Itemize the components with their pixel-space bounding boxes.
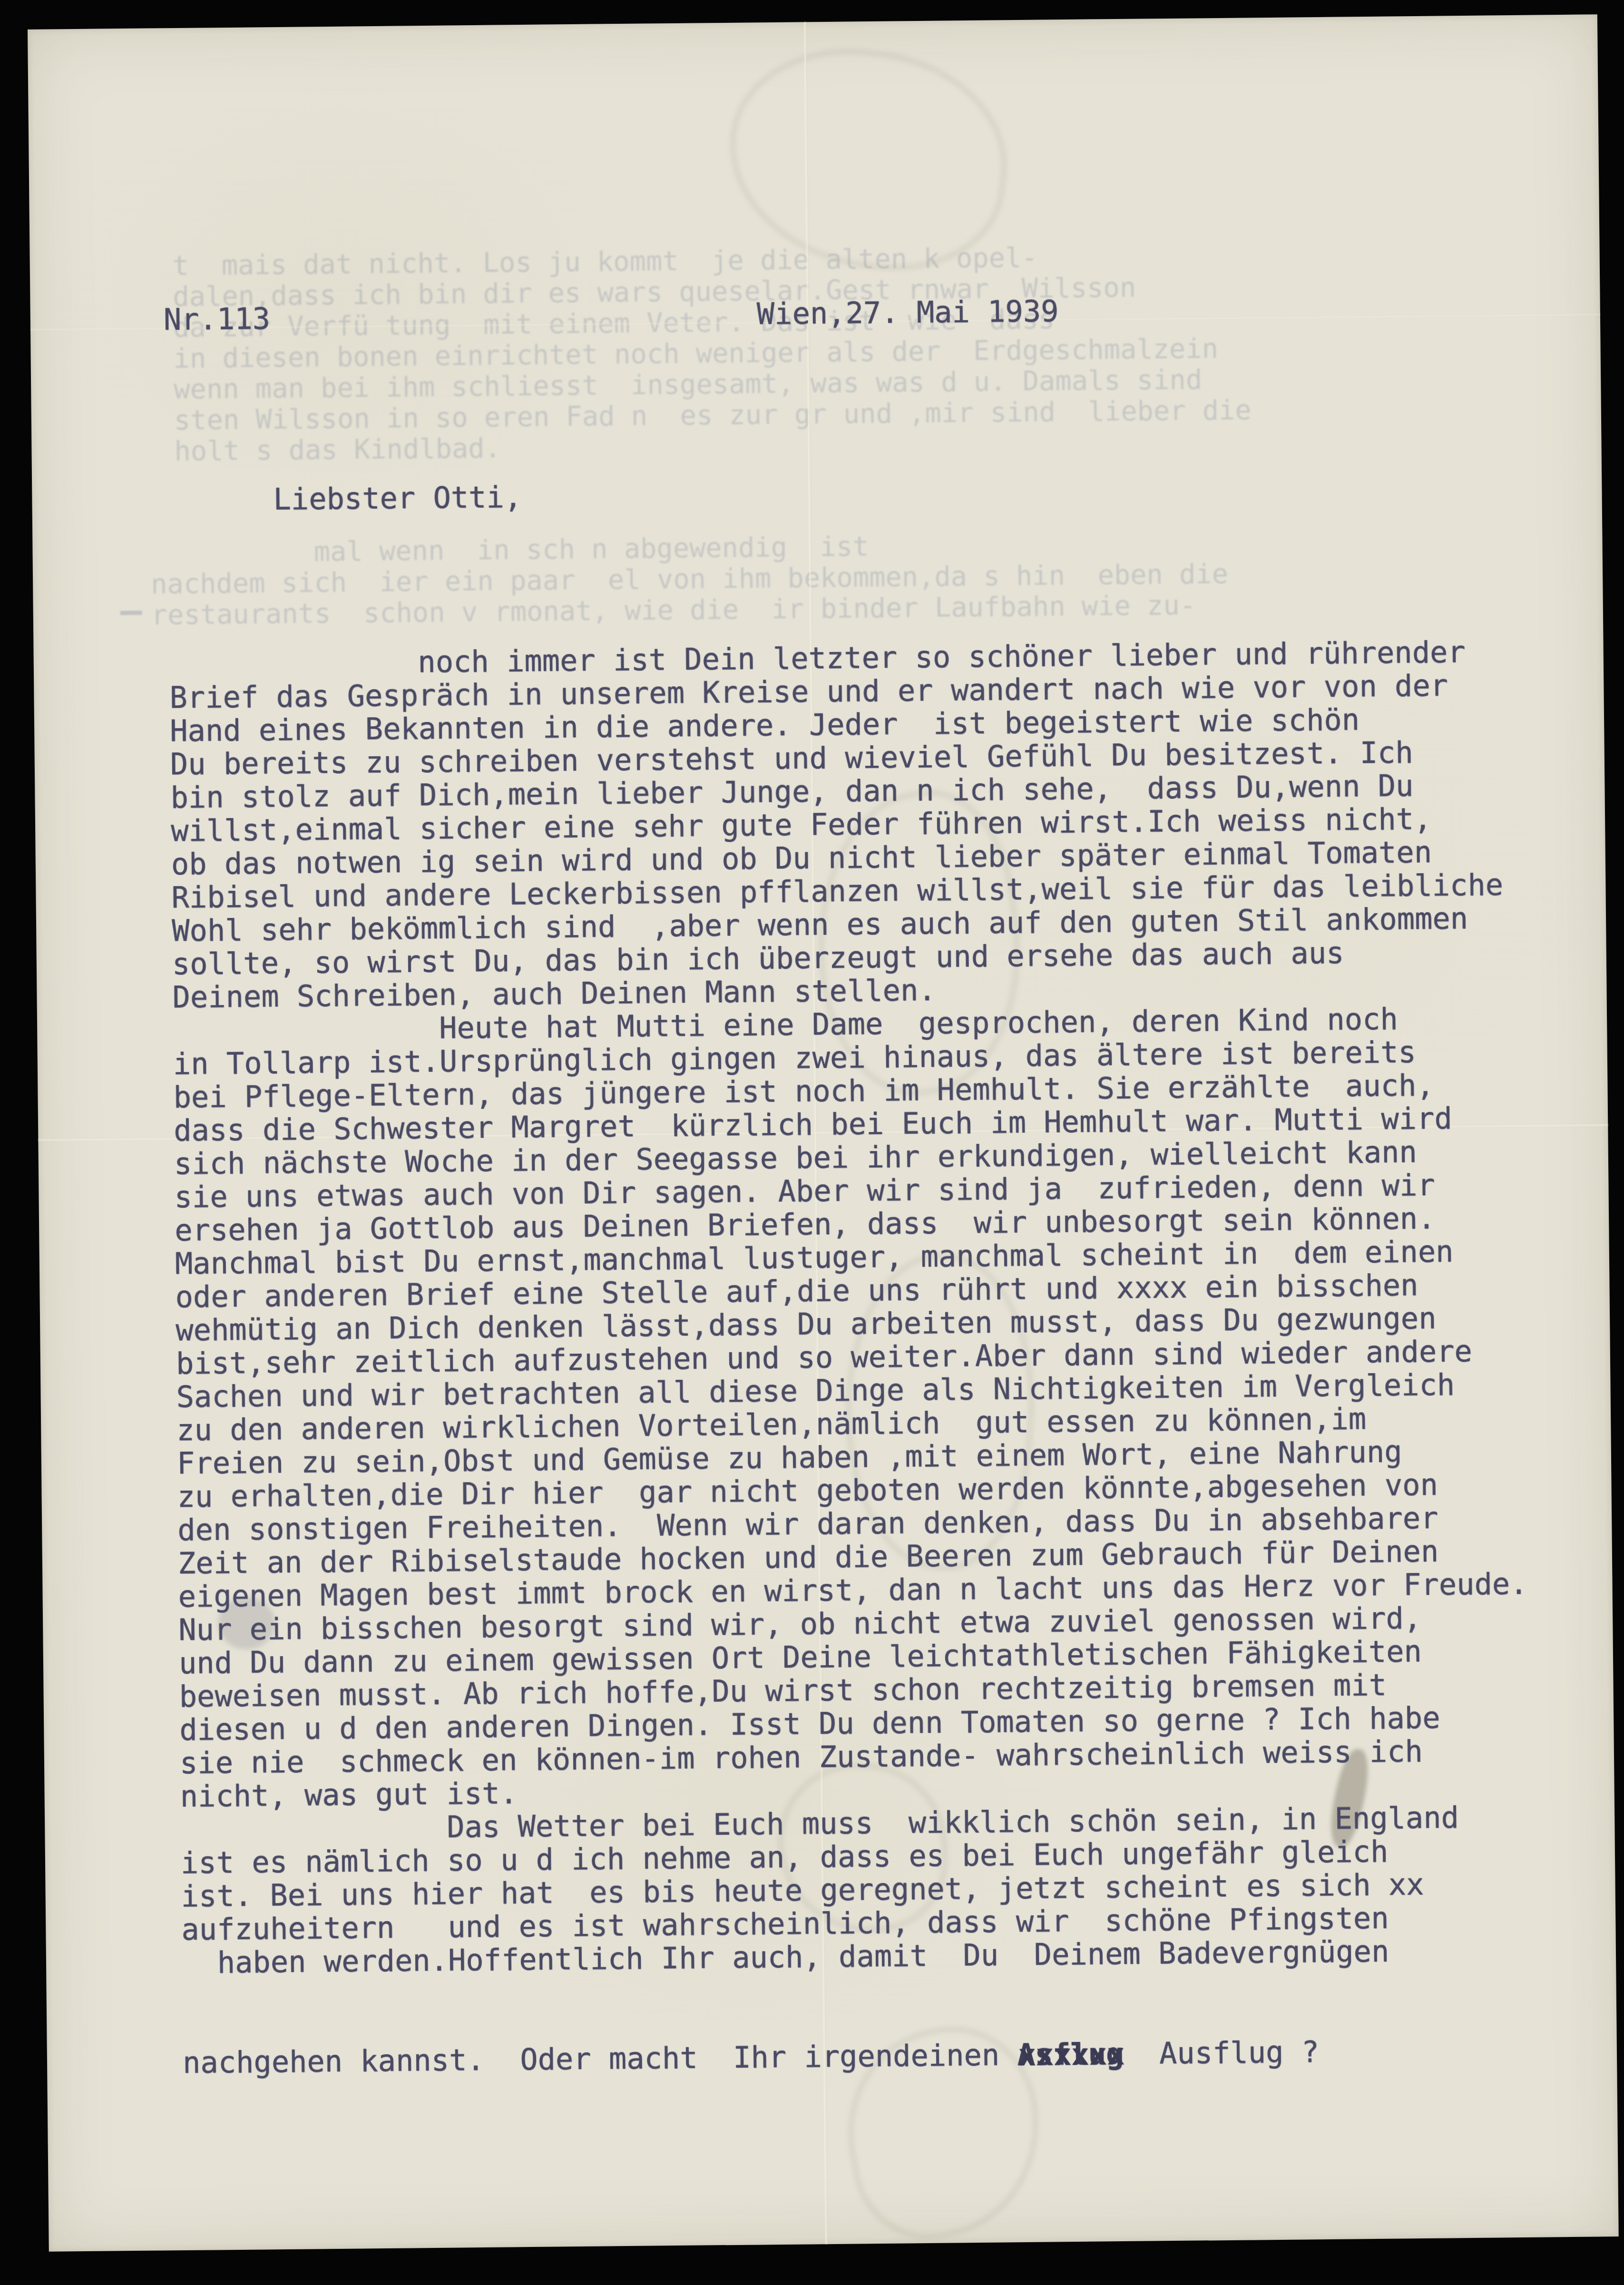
dateline: Wien,27. Mai 1939 [756,294,1058,331]
closing-prefix: nachgehen kannst. Oder macht Ihr irgende… [183,2037,1017,2080]
reference-number: Nr.113 [164,302,271,336]
scan-background: t mais dat nicht. Los ju kommt je die al… [0,0,1624,2285]
letter-paper: t mais dat nicht. Los ju kommt je die al… [28,14,1619,2251]
strike-overlay-x: xxxxxx [1018,2038,1125,2072]
salutation: Liebster Otti, [273,480,522,516]
closing-suffix: Ausflug ? [1124,2034,1319,2071]
letter-closing-line: nachgehen kannst. Oder macht Ihr irgende… [183,2033,1532,2080]
bleedthrough-dash-mark [120,611,142,615]
bleedthrough-text-upper: t mais dat nicht. Los ju kommt je die al… [172,240,1252,467]
letter-body: noch immer ist Dein letzter so schöner l… [168,568,1533,2146]
struck-out-word: Asflugxxxxxx [1017,2036,1124,2072]
letter-body-lines: noch immer ist Dein letzter so schöner l… [169,635,1531,1980]
